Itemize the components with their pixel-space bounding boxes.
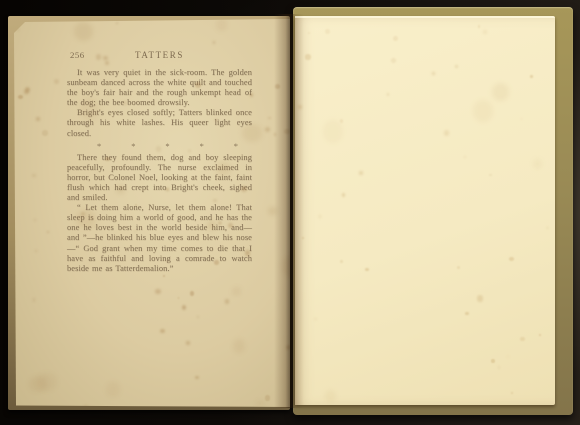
foxing-spot: [498, 366, 501, 369]
book-photograph: 256 TATTERS It was very quiet in the sic…: [0, 0, 580, 425]
paragraph-2: Bright's eyes closed softly; Tatters bli…: [67, 108, 252, 138]
paragraph-3: There they found them, dog and boy sleep…: [67, 153, 252, 203]
foxing-spot: [483, 30, 487, 35]
foxing-spot: [37, 373, 57, 391]
foxing-spot: [178, 297, 179, 299]
foxing-spot: [489, 174, 492, 176]
foxing-spot: [340, 119, 343, 123]
foxing-spot: [393, 36, 398, 41]
foxing-spot: [308, 32, 311, 34]
foxing-spot: [25, 87, 30, 92]
foxing-spot: [530, 75, 533, 78]
foxing-spot: [282, 255, 290, 278]
asterisk: *: [131, 142, 135, 151]
foxing-spot: [520, 337, 525, 341]
paragraph-4: “ Let them alone, Nurse, let them alone!…: [67, 203, 252, 274]
asterisk: *: [97, 142, 101, 151]
foxing-spot: [342, 193, 346, 197]
foxing-spot: [302, 237, 304, 239]
foxing-spot: [325, 29, 330, 34]
foxing-spot: [539, 334, 541, 336]
foxing-spot: [511, 392, 513, 394]
foxing-spot: [325, 390, 337, 402]
foxing-spot: [232, 287, 241, 296]
foxing-spot: [533, 159, 542, 169]
foxing-spot: [365, 268, 369, 271]
foxing-spot: [186, 341, 190, 345]
page-header: 256 TATTERS: [67, 50, 252, 61]
foxing-spot: [190, 291, 194, 296]
foxing-spot: [305, 54, 311, 60]
printed-text-block: 256 TATTERS It was very quiet in the sic…: [67, 50, 252, 274]
foxing-spot: [359, 171, 363, 175]
foxing-spot: [387, 93, 389, 96]
foxing-spot: [195, 376, 199, 379]
foxing-spot: [116, 22, 118, 24]
foxing-spot: [473, 100, 493, 123]
foxing-spot: [268, 117, 271, 120]
foxing-spot: [284, 129, 290, 135]
foxing-spot: [314, 318, 317, 321]
foxing-spot: [155, 289, 160, 294]
foxing-spot: [465, 312, 469, 315]
foxing-spot: [455, 65, 458, 68]
foxing-spot: [265, 395, 270, 400]
foxing-spot: [547, 227, 548, 229]
foxing-spot: [74, 22, 93, 41]
foxing-spot: [478, 25, 481, 28]
foxing-spot: [492, 83, 508, 101]
foxing-spot: [391, 58, 396, 62]
foxing-spot: [457, 266, 460, 269]
foxing-spot: [274, 133, 277, 136]
foxing-spot: [491, 359, 495, 363]
foxing-spot: [182, 305, 186, 310]
foxing-spot: [54, 79, 59, 84]
foxing-spot: [47, 231, 49, 233]
foxing-spot: [233, 339, 246, 353]
foxing-spot: [275, 84, 281, 90]
foxing-spot: [432, 72, 435, 75]
foxing-spot: [319, 215, 321, 217]
foxing-spot: [521, 118, 522, 120]
foxing-spot: [197, 316, 199, 318]
foxing-spot: [507, 356, 509, 358]
asterisk: *: [165, 142, 169, 151]
foxing-spot: [106, 382, 119, 397]
foxing-spot: [286, 345, 290, 350]
foxing-spot: [33, 298, 36, 301]
foxing-spot: [477, 295, 482, 301]
foxing-spot: [256, 400, 264, 407]
foxing-spot: [36, 117, 40, 121]
paragraph-1: It was very quiet in the sick-room. The …: [67, 68, 252, 108]
foxing-spot: [34, 219, 36, 221]
section-break-asterisks: * * * * *: [67, 142, 252, 151]
asterisk: *: [234, 142, 238, 151]
foxing-spot: [216, 19, 226, 30]
foxing-spot: [509, 257, 514, 261]
foxing-spot: [340, 260, 343, 263]
blank-right-page: [295, 16, 555, 405]
foxing-spot: [160, 329, 164, 333]
left-text-page: 256 TATTERS It was very quiet in the sic…: [14, 19, 290, 407]
foxing-spot: [18, 95, 22, 99]
asterisk: *: [200, 142, 204, 151]
foxing-spot: [32, 174, 36, 178]
foxing-spot: [42, 130, 47, 136]
foxing-spot: [24, 90, 28, 95]
foxing-spot: [268, 207, 277, 216]
foxing-spot: [35, 250, 37, 252]
foxing-spot: [298, 105, 302, 109]
foxing-spot: [225, 299, 229, 303]
foxing-spot: [323, 120, 343, 143]
foxing-spot: [163, 275, 165, 277]
foxing-spot: [444, 130, 449, 135]
foxing-spot: [265, 127, 270, 132]
foxing-spot: [213, 41, 215, 43]
foxing-spot: [29, 376, 46, 392]
foxing-spot: [464, 156, 467, 158]
running-title: TATTERS: [67, 50, 252, 60]
